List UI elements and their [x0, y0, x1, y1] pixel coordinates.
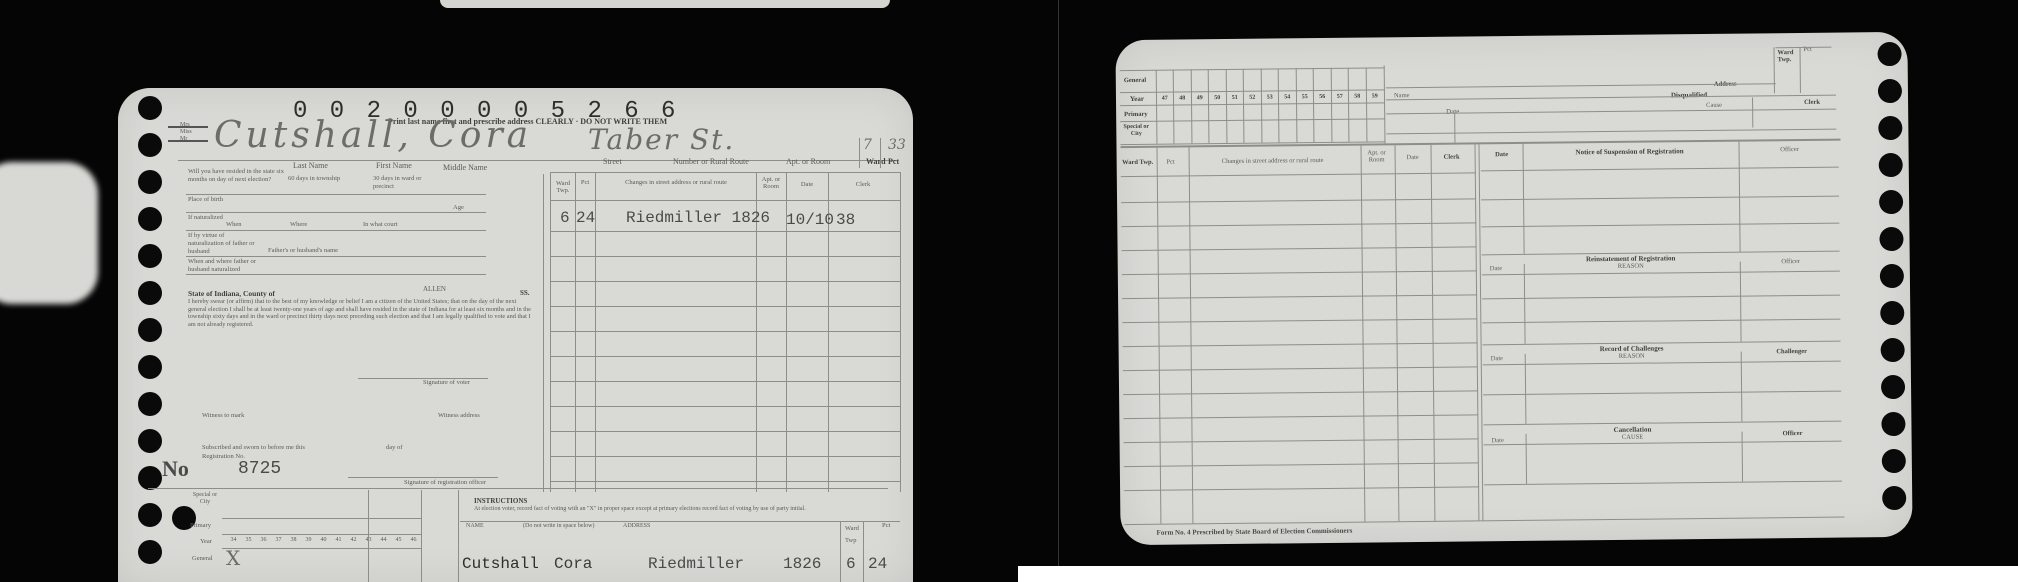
- no-symbol: No: [162, 458, 189, 480]
- left-blurred-card-fragment: [0, 162, 98, 304]
- label-ward: Ward: [866, 158, 886, 166]
- witness-to-mark: Witness to mark: [202, 413, 244, 420]
- stub-last-name: Cutshall: [462, 556, 539, 572]
- rule: [880, 138, 881, 168]
- label-apt: Apt. or Room: [786, 158, 830, 166]
- grid-label-general: General: [1124, 78, 1146, 85]
- rule: [1348, 68, 1350, 142]
- year-cell: 40: [316, 537, 331, 543]
- grid-label-primary: Primary: [1124, 112, 1148, 119]
- father-name-label: Father's or husband's name: [268, 248, 338, 255]
- stub-pct: 24: [868, 556, 887, 572]
- challenges-section: Record of Challenges Date REASON Challen…: [1115, 32, 1907, 40]
- salutation-miss: Miss: [180, 129, 192, 135]
- th-ward-twp: Ward Twp.: [1121, 159, 1155, 166]
- rule: [1483, 421, 1841, 426]
- registration-card-front: 0 0 2 0 0 0 0 5 2 6 6 Print last name fi…: [118, 88, 913, 582]
- rule: [550, 306, 900, 307]
- rule: [1386, 95, 1836, 101]
- rule: [1120, 102, 1385, 106]
- when-label: When: [226, 222, 242, 229]
- rule: [550, 406, 900, 407]
- year-cell: 51: [1226, 95, 1244, 101]
- label-last-name: Last Name: [293, 162, 328, 170]
- rule: [543, 174, 544, 492]
- rule: [460, 521, 900, 522]
- susp-officer-header: Officer: [1745, 147, 1835, 154]
- rule: [1313, 68, 1315, 142]
- punch-hole: [1882, 486, 1906, 510]
- stub-ward-label: Ward Twp: [845, 523, 861, 547]
- instructions-text: At election voter, record fact of voting…: [474, 506, 894, 513]
- year-cell: 47: [1156, 96, 1174, 102]
- rule: [1366, 68, 1368, 142]
- stub-number: 1826: [783, 556, 821, 572]
- rule: [458, 490, 459, 582]
- divider-line: [1058, 0, 1059, 566]
- rule: [186, 212, 486, 213]
- label-first-name: First Name: [376, 162, 412, 170]
- general-vote-mark: X: [226, 548, 240, 568]
- residence-30-days: 30 days in ward or precinct: [373, 175, 443, 191]
- rule: [1124, 462, 1479, 467]
- disq-clerk-label-visible: Clerk: [1804, 100, 1820, 107]
- rule: [1122, 246, 1477, 251]
- stub-first-name: Cora: [554, 556, 592, 572]
- rule: [1482, 319, 1840, 324]
- rule: [1261, 69, 1263, 143]
- voter-address-handwritten: Taber St.: [588, 126, 735, 154]
- disqualified-section: Name Address Disqualified Date Cause Cle…: [1115, 32, 1907, 40]
- year-cell: 55: [1296, 94, 1314, 100]
- year-cell: 48: [1173, 95, 1191, 101]
- year-cell: 45: [391, 537, 406, 543]
- punch-hole: [138, 503, 162, 527]
- rule: [1208, 69, 1210, 143]
- reinst-officer-header: Officer: [1746, 259, 1836, 266]
- year-cell: 53: [1261, 94, 1279, 100]
- punch-hole: [138, 355, 162, 379]
- oath-text: I hereby swear (or affirm) that to the b…: [188, 298, 533, 328]
- salutation-strike: [168, 126, 208, 128]
- rule: [1121, 198, 1476, 203]
- signature-of-voter-label: Signature of voter: [423, 380, 470, 387]
- rule: [1226, 69, 1228, 143]
- stub-address-label: ADDRESS: [623, 523, 650, 529]
- instructions-heading: INSTRUCTIONS: [474, 498, 527, 505]
- label-number: Number or Rural Route: [673, 158, 749, 166]
- rule: [1120, 89, 1385, 93]
- rule: [1123, 414, 1478, 419]
- rule: [1394, 145, 1399, 521]
- punch-hole: [1879, 190, 1903, 214]
- punch-hole: [138, 170, 162, 194]
- cell-ward: 6: [560, 210, 570, 226]
- rule: [1483, 361, 1841, 366]
- label-middle-name: Middle Name: [443, 164, 487, 172]
- stub-do-not-write: (Do not write in space below): [523, 523, 594, 529]
- stub-street: Riedmiller: [648, 556, 744, 572]
- rule: [1157, 148, 1162, 524]
- year-cell: 50: [1208, 95, 1226, 101]
- punch-hole: [138, 244, 162, 268]
- year-cell: 54: [1278, 94, 1296, 100]
- stub-ward: 6: [846, 556, 856, 572]
- grid-label-year: Year: [200, 539, 212, 546]
- rule: [1752, 97, 1753, 127]
- salutation-strike: [168, 140, 208, 142]
- punch-hole: [1882, 449, 1906, 473]
- father-husband-label: If by virtue of naturalization of father…: [188, 232, 258, 256]
- rule: [550, 356, 900, 357]
- punch-hole: [138, 466, 162, 490]
- year-cell: 52: [1243, 95, 1261, 101]
- stub-pct-label: Pct: [882, 523, 890, 530]
- rule: [550, 256, 900, 257]
- rule: [186, 274, 486, 275]
- th-ward-twp: Ward Twp.: [552, 180, 574, 194]
- grid-label-special: Special or City: [1122, 124, 1150, 137]
- th-apt-room: Apt. or Room: [758, 176, 784, 190]
- grid-label-special: Special or City: [190, 492, 220, 506]
- rule: [550, 481, 900, 482]
- year-cell: 56: [1313, 94, 1331, 100]
- rule: [550, 172, 551, 492]
- rule: [1773, 47, 1774, 93]
- rule: [1481, 223, 1839, 228]
- rule: [1278, 68, 1280, 142]
- th-pct: Pct: [1157, 159, 1185, 166]
- court-label: In what court: [363, 222, 398, 229]
- rule: [1482, 295, 1840, 300]
- ward-top: 7: [863, 138, 872, 152]
- rule: [1243, 69, 1245, 143]
- rule: [1156, 70, 1158, 144]
- rule: [550, 331, 900, 332]
- rule: [1483, 391, 1841, 396]
- rule: [148, 488, 888, 489]
- punch-hole: [138, 540, 162, 564]
- rule: [348, 477, 498, 478]
- rule: [1296, 68, 1298, 142]
- rule: [1191, 69, 1193, 143]
- rule: [1123, 342, 1478, 347]
- day-of-text: day of: [386, 445, 402, 452]
- label-pct: Pct: [888, 158, 899, 166]
- rule: [1123, 390, 1478, 395]
- oath-county: ALLEN: [423, 286, 446, 293]
- year-cell: 58: [1348, 94, 1366, 100]
- th-date: Date: [1397, 155, 1429, 162]
- suspension-section: Date Notice of Suspension of Registratio…: [1115, 32, 1907, 40]
- registration-card-back: General Year Primary Special or City 47 …: [1115, 32, 1912, 545]
- rule: [186, 230, 486, 231]
- changes-table: Ward Twp. Pct Changes in street address …: [1115, 32, 1907, 40]
- punch-hole: [1881, 338, 1905, 362]
- th-changes: Changes in street address or rural route: [1189, 158, 1357, 166]
- where-label: Where: [290, 222, 307, 229]
- rule: [863, 521, 864, 582]
- disq-address-label: Address: [1714, 82, 1737, 89]
- rule: [550, 281, 900, 282]
- rule: [550, 231, 900, 232]
- grid-label-general: General: [192, 556, 213, 563]
- punch-hole: [1877, 42, 1901, 66]
- year-cell: 38: [286, 537, 301, 543]
- rule: [421, 490, 422, 582]
- rule: [1124, 438, 1479, 443]
- reinst-reason-header: REASON: [1526, 263, 1736, 272]
- age-label: Age: [453, 205, 464, 212]
- rule: [1384, 65, 1386, 143]
- th-date: Date: [787, 182, 827, 189]
- punch-hole: [138, 133, 162, 157]
- rule: [1122, 294, 1477, 299]
- form-footer: Form No. 4 Prescribed by State Board of …: [1157, 528, 1353, 537]
- th-pct: Pct: [576, 180, 594, 187]
- rule: [222, 534, 422, 535]
- punch-hole: [138, 96, 162, 120]
- punch-hole: [1879, 153, 1903, 177]
- rule: [1478, 144, 1483, 520]
- rule: [1122, 318, 1477, 323]
- cell-address: Riedmiller 1826: [626, 210, 770, 226]
- rule: [1173, 70, 1175, 144]
- year-cell: 34: [226, 537, 241, 543]
- cell-clerk: 38: [836, 212, 855, 228]
- punch-hole: [1880, 264, 1904, 288]
- pct-top: 33: [888, 138, 906, 152]
- rule: [1189, 147, 1194, 523]
- year-cell: 41: [331, 537, 346, 543]
- year-cell: 46: [406, 537, 421, 543]
- rule: [1740, 262, 1742, 342]
- rule: [1742, 432, 1744, 482]
- rule: [1124, 517, 1844, 526]
- voter-name-handwritten: Cutshall, Cora: [214, 118, 532, 154]
- rule: [1120, 67, 1385, 71]
- rule: [1122, 270, 1477, 275]
- grid-label-primary: Primary: [190, 523, 211, 530]
- cell-date: 10/10: [786, 212, 834, 228]
- rule: [222, 548, 422, 549]
- rule: [368, 490, 369, 582]
- top-card-fragment: [440, 0, 890, 8]
- rule: [1482, 271, 1840, 276]
- rule: [550, 172, 900, 173]
- susp-date-header: Date: [1483, 152, 1521, 159]
- reinstatement-section: Reinstatement of Registration Date REASO…: [1115, 32, 1907, 40]
- reinst-date-header: Date: [1490, 266, 1502, 273]
- voting-record-grid: General Year Primary Special or City 47 …: [1115, 32, 1907, 40]
- punch-hole: [1880, 301, 1904, 325]
- oath-ss: SS.: [520, 290, 530, 297]
- rule: [1124, 486, 1479, 491]
- rule: [1524, 264, 1526, 344]
- label-street: Street: [603, 158, 622, 166]
- punch-hole: [1879, 227, 1903, 251]
- year-cell: 37: [271, 537, 286, 543]
- cell-pct: 24: [576, 210, 595, 226]
- rule: [550, 456, 900, 457]
- disq-ward-label: Ward Twp.: [1778, 49, 1798, 63]
- rule: [1799, 47, 1800, 93]
- rule: [1120, 118, 1385, 122]
- father-when-where: When and where father or husband natural…: [188, 258, 278, 274]
- stub-name-label: NAME: [466, 523, 484, 529]
- th-clerk: Clerk: [830, 182, 896, 189]
- punch-hole: [138, 207, 162, 231]
- punch-hole: [1881, 375, 1905, 399]
- rule: [840, 521, 841, 582]
- rule: [222, 518, 422, 519]
- subscribed-text: Subscribed and sworn to before me this: [202, 445, 305, 452]
- chall-challenger-header: Challenger: [1747, 349, 1837, 356]
- year-cell: 39: [301, 537, 316, 543]
- year-cell: 42: [346, 537, 361, 543]
- year-cell: 59: [1366, 93, 1384, 99]
- rule: [859, 138, 860, 168]
- chall-reason-header: REASON: [1527, 353, 1737, 362]
- cancel-officer-header: Officer: [1748, 431, 1838, 438]
- rule: [1331, 68, 1333, 142]
- rule: [1121, 222, 1476, 227]
- rule: [900, 172, 901, 492]
- th-changes: Changes in street address or rural route: [596, 180, 756, 187]
- registration-number: 8725: [238, 460, 281, 478]
- year-cell: 44: [376, 537, 391, 543]
- rule: [1484, 481, 1842, 486]
- rule: [186, 256, 486, 257]
- cancellation-section: Cancellation Date CAUSE Officer: [1115, 32, 1907, 40]
- rule: [550, 431, 900, 432]
- chall-date-header: Date: [1491, 356, 1503, 363]
- year-cell: 35: [241, 537, 256, 543]
- year-cell: 57: [1331, 94, 1349, 100]
- rule: [1454, 113, 1455, 143]
- punch-hole: [1881, 412, 1905, 436]
- grid-label-year: Year: [1130, 96, 1144, 103]
- witness-address: Witness address: [438, 413, 480, 420]
- rule: [1123, 366, 1478, 371]
- registration-officer-label: Signature of registration officer: [404, 480, 486, 487]
- year-cell: 49: [1191, 95, 1209, 101]
- punch-hole: [138, 281, 162, 305]
- rule: [550, 200, 900, 201]
- susp-notice-header: Notice of Suspension of Registration: [1525, 148, 1735, 157]
- th-clerk: Clerk: [1432, 154, 1472, 161]
- rule: [1430, 145, 1435, 521]
- punch-hole: [1878, 116, 1902, 140]
- punch-hole: [138, 392, 162, 416]
- rule: [1481, 196, 1839, 201]
- punch-hole: [138, 318, 162, 342]
- white-strip-bottom: [1018, 566, 2018, 582]
- residence-question: Will you have resided in the state six m…: [188, 168, 288, 184]
- rule: [186, 194, 486, 195]
- disq-cause-label: Cause: [1706, 103, 1722, 110]
- oath-heading: State of Indiana, County of: [188, 290, 275, 298]
- rule: [550, 381, 900, 382]
- th-apt-room: Apt. or Room: [1362, 149, 1392, 163]
- place-of-birth-label: Place of birth: [188, 196, 228, 204]
- punch-hole: [138, 429, 162, 453]
- rule: [1121, 172, 1476, 177]
- naturalized-label: If naturalized: [188, 214, 228, 222]
- rule: [1481, 167, 1839, 172]
- punch-hole: [1878, 79, 1902, 103]
- year-cell: 36: [256, 537, 271, 543]
- residence-60-days: 60 days in township: [288, 175, 348, 183]
- rule: [1360, 146, 1365, 522]
